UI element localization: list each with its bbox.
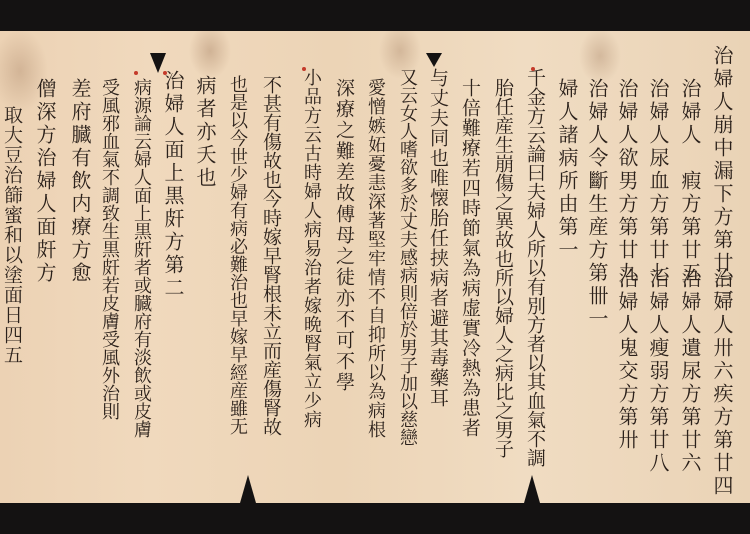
text-column-19: 不甚有傷故也今時嫁早腎根未立而産傷腎故 [261, 75, 280, 436]
scroll-tear [426, 53, 442, 67]
text-column-13: 十倍難療若四時節氣為病虚實冷熱為患者 [460, 78, 479, 438]
red-mark [531, 67, 535, 71]
red-mark [302, 67, 306, 71]
text-column-25: 差府臓有飲内療方愈 [70, 78, 90, 285]
chapter-heading: 婦人諸病所由第一 [557, 78, 577, 262]
text-column-16: 愛憎嫉妬憂恚深著堅牢情不自抑所以為病根 [366, 78, 384, 439]
text-column-5: 治婦人令斷生産方第卌一 [587, 78, 607, 331]
text-column-12: 胎任産生崩傷之異故也所以婦人之病比之男子 [493, 78, 512, 458]
manuscript-scroll: 治婦人崩中漏下方第廿三 治婦人𠆸瘕方第廿五 治婦人尿血方第廿七 治婦人欲男方第廿… [0, 31, 750, 503]
text-column-26: 僧深方治婦人面皯方 [35, 78, 55, 285]
text-column-17: 深療之難差故傅母之徒亦不可不學 [334, 78, 353, 393]
text-column-21: 病者亦夭也 [195, 75, 215, 190]
text-column-7: 治婦人遺尿方第廿六 [680, 268, 700, 475]
text-column-23: 病源論云婦人面上黒皯者或臓府有淡飲或皮膚 [132, 78, 150, 438]
text-column-8: 治婦人瘦弱方第廿八 [648, 268, 668, 475]
text-column-3: 治婦人尿血方第廿七 [648, 78, 668, 285]
text-column-18: 小品方云古時婦人病易治者嫁晩腎氣立少病 [302, 68, 320, 429]
text-column-24: 受風邪血氣不調致生黒皯若皮膚受風外治則 [100, 78, 118, 420]
text-column-9: 治婦人鬼交方第卅 [617, 268, 637, 452]
text-column-2: 治婦人𠆸瘕方第廿五 [680, 78, 700, 285]
text-column-6: 治婦人卅六疾方第廿四 [712, 268, 732, 498]
text-column-11: 千金方云論曰夫婦人所以有別方者以其血氣不調 [525, 68, 544, 467]
section-heading: 治婦人面上黒皯方第二 [163, 70, 183, 300]
scroll-tear [524, 475, 540, 503]
text-column-14: 与丈夫同也唯懐胎任挟病者避其毒藥耳 [428, 68, 447, 408]
text-column-27: 取大豆治篩蜜和以塗面日四五 [2, 105, 21, 365]
scroll-tear [240, 475, 256, 503]
text-column-1: 治婦人崩中漏下方第廿三 [712, 45, 732, 298]
text-column-20: 也是以今世少婦有病必難治也早嫁早經産雖无 [228, 75, 246, 435]
text-column-4: 治婦人欲男方第廿九 [617, 78, 637, 285]
scroll-tear [150, 53, 166, 73]
text-column-15: 又云女人嗜欲多於丈夫感病則倍於男子加以慈戀 [398, 68, 416, 446]
red-mark [134, 71, 138, 75]
